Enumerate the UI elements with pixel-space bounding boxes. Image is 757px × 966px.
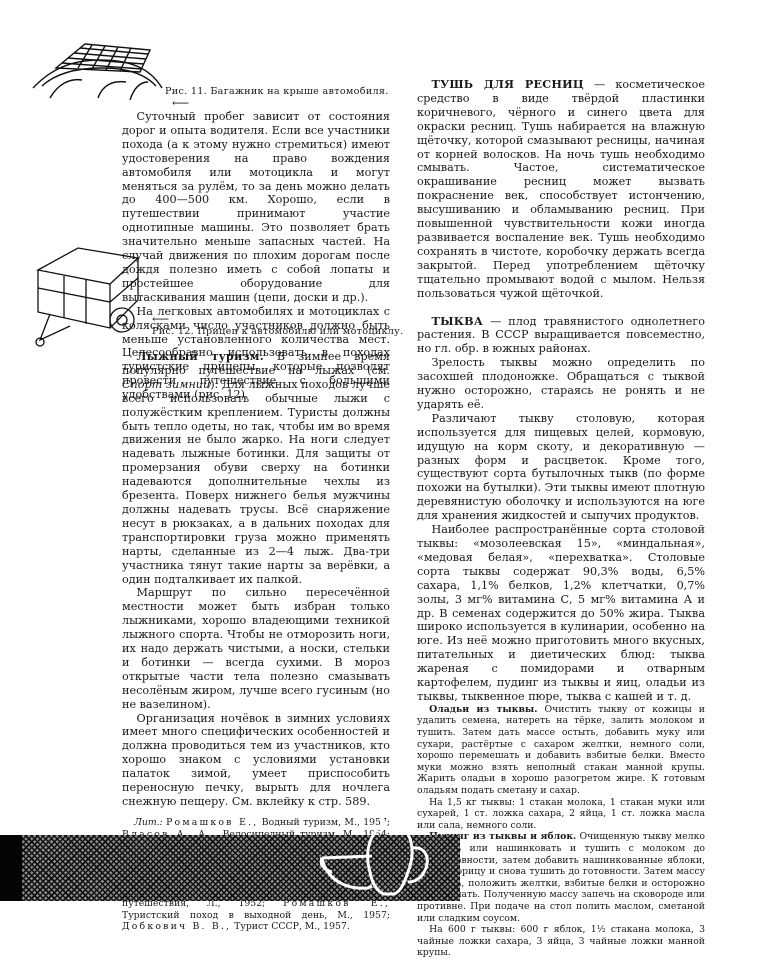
arrow-mark: ⟵ [172, 98, 189, 108]
figure-11-caption: Рис. 11. Багажник на крыше автомобиля. [165, 86, 389, 97]
paragraph-overnight: Организация ночёвок в зимних условиях им… [122, 712, 390, 809]
paragraph-route: Маршрут по сильно пересечённой местности… [122, 586, 390, 711]
recipe-pudding-ingredients: На 600 г тыквы: 600 г яблок, 1½ стакана … [417, 924, 705, 959]
jug-and-bowl-icon [320, 812, 450, 904]
pumpkin-heading: ТЫКВА [432, 314, 484, 328]
right-column: ТУШЬ ДЛЯ РЕСНИЦ — косметическое средство… [417, 78, 705, 959]
decorative-black-bar [0, 835, 24, 901]
entry-pumpkin: ТЫКВА — плод травянистого однолетнего ра… [417, 315, 705, 357]
recipe-pancakes-title: Оладьи из тыквы. [429, 704, 537, 715]
figure-12-caption: Рис. 12. Прицеп к автомобилю или мотоцик… [152, 326, 403, 337]
paragraph-varieties: Различают тыкву столовую, которая исполь… [417, 412, 705, 523]
roof-rack-drawing-icon [30, 38, 165, 100]
cross-reference-link[interactable]: Спорт зимний [122, 378, 210, 391]
paragraph-ski-tourism: Лыжный туризм. В зимнее время популярно … [122, 350, 390, 586]
entry-mascara: ТУШЬ ДЛЯ РЕСНИЦ — косметическое средство… [417, 78, 705, 301]
literature-label: Лит.: [134, 817, 163, 828]
mascara-heading: ТУШЬ ДЛЯ РЕСНИЦ [432, 77, 584, 91]
arrow-mark-2: ⟵ [152, 314, 169, 324]
recipe-pudding: Пудинг из тыквы и яблок. Очищенную тыкву… [417, 831, 705, 924]
paragraph-composition: Наиболее распространённые сорта столовой… [417, 523, 705, 704]
paragraph-mileage: Суточный пробег зависит от состояния дор… [122, 110, 390, 305]
recipe-pancakes-ingredients: На 1,5 кг тыквы: 1 стакан молока, 1 стак… [417, 797, 705, 832]
recipe-pancakes: Оладьи из тыквы. Очистить тыкву от кожиц… [417, 704, 705, 797]
car-trailer-drawing-icon [30, 240, 145, 348]
ski-tourism-heading: Лыжный туризм. [137, 349, 264, 363]
paragraph-ripeness: Зрелость тыквы можно определить по засох… [417, 356, 705, 412]
